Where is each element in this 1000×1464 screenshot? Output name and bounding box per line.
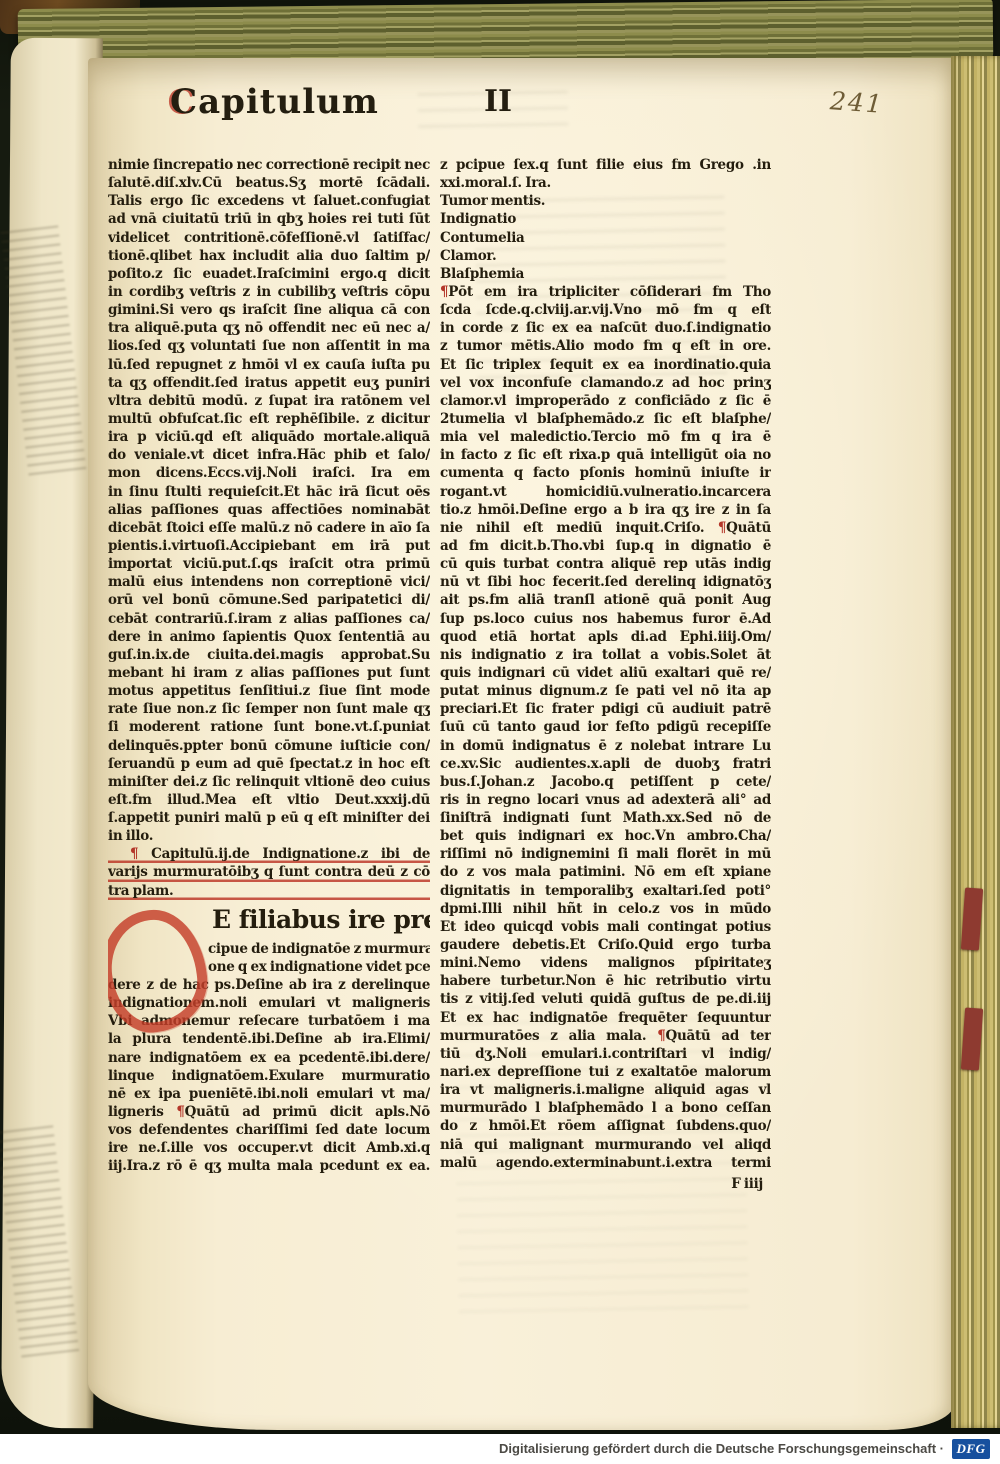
text-line: motus appetitus ſenſitiui.z ſiue ſint mo… xyxy=(108,682,430,700)
text-line: rate ſiue non.z ſic ſemper non ſunt male… xyxy=(108,700,430,718)
text-line: ſalutē.diſ.xlv.Cū beatus.Sʒ mortē ſcādal… xyxy=(108,174,430,192)
text-line: nū vt ſibi hoc fecerit.ſed derelinq idig… xyxy=(440,573,771,591)
rubric-pilcrow: ¶ xyxy=(440,284,448,300)
text-line: orū vel bonū cōmune.Sed paripatetici di/ xyxy=(108,591,430,609)
text-line: ſcda ſcde.q.clviij.ar.vij.Vno mō fm q eſ… xyxy=(440,301,771,319)
text-line: ira p viciū.qd eſt aliquādo mortale.aliq… xyxy=(108,428,430,446)
text-line: do veniale.vt dicet infra.Hāc phib et ſa… xyxy=(108,446,430,464)
text-line: mini.Nemo videns malignos pſpiritateʒ xyxy=(440,954,771,972)
text-line: tionē.qlibet hax includit alia duo ſalti… xyxy=(108,247,430,265)
text-line: dere in animo ſapientis Quox ſententiā a… xyxy=(108,628,430,646)
text-line: iij.Ira.z rō ē qʒ multa mala pcedunt ex … xyxy=(108,1157,430,1175)
text-line: vltra debitū modū. z ſupat ira ratōnem v… xyxy=(108,392,430,410)
text-line: ta qʒ offendit.ſed iratus appetit euʒ pu… xyxy=(108,374,430,392)
text-line: dignitatis in temporalibʒ exaltari.ſed p… xyxy=(440,882,771,900)
text-line: ¶ Capitulū.ij.de Indignatione.z ibi de xyxy=(108,845,430,863)
text-line: nie nihil eſt mediū inquit.Criſo. ¶Quātū xyxy=(440,519,771,537)
rubric-pilcrow: ¶ xyxy=(130,846,138,862)
credit-text: Digitalisierung gefördert durch die Deut… xyxy=(499,1441,944,1456)
text-line: vos defendentes chariſſimi ſed date locu… xyxy=(108,1121,430,1139)
text-line: ſi moderent ratione ſunt bone.vt.ſ.punia… xyxy=(108,718,430,736)
text-line: gaudere debetis.Et Criſo.Quid ergo turba xyxy=(440,936,771,954)
text-line: z pcipue ſex.q ſunt filie eius fm Grego … xyxy=(440,156,771,174)
text-line: do z hmōi.Et rōem aſſignat ſubdens.quo/ xyxy=(440,1117,771,1135)
text-block-fore-edge xyxy=(951,56,1000,1428)
text-line: tra plam. xyxy=(108,882,430,900)
text-line: ſeruandū p eum ad quē ſpectat.z in hoc e… xyxy=(108,755,430,773)
text-line: malū eius intendens non correptionē vici… xyxy=(108,573,430,591)
text-line: varijs murmuratōibʒ q ſunt contra deū z … xyxy=(108,863,430,881)
text-line: xxi.moral.ſ. Ira. xyxy=(440,174,771,192)
text-line: mon dicens.Eccs.vij.Noli iraſci. Ira em xyxy=(108,464,430,482)
text-line: nari.ex depreſſione tui z exaltatōe malo… xyxy=(440,1063,771,1081)
text-line: eſt.fm illud.Mea eſt vltio Deut.xxxij.dū xyxy=(108,791,430,809)
text-line: pientis.i.virtuoſi.Accipiebant em irā pu… xyxy=(108,537,430,555)
text-line: do z vos mala patimini. Nō em eſt xpiane xyxy=(440,863,771,881)
book-photo: Capitulum II 241 nimie ſincrepatio nec c… xyxy=(0,0,1000,1434)
text-line: mia vel maledictio.Tercio mō fm q ira ē xyxy=(440,428,771,446)
text-column-right: z pcipue ſex.q ſunt filie eius fm Grego … xyxy=(440,156,771,1216)
text-line: la plura tendentē.ibi.Deſine ab ira.Elim… xyxy=(108,1030,430,1048)
text-line: guſ.in.ix.de ciuita.dei.magis approbat.S… xyxy=(108,646,430,664)
text-line: in illo. xyxy=(108,827,430,845)
text-line: in facto z ſic eſt rixa.p quā intelligūt… xyxy=(440,446,771,464)
text-line: murmuratōes z alia mala. ¶Quātū ad ter xyxy=(440,1027,771,1045)
text-line: z tumor mētis.Alio modo fm q eſt in ore. xyxy=(440,337,771,355)
text-line: mebant hi iram z alias paſſiones put ſun… xyxy=(108,664,430,682)
text-line: lios.ſed qʒ voluntati ſue non aſſentit i… xyxy=(108,337,430,355)
text-line: ſiniſtrā indignati ſunt Math.xx.Sed nō d… xyxy=(440,809,771,827)
text-line: riſſimi nō indignemini ſi mali florēt in… xyxy=(440,845,771,863)
text-line: videlicet contritionē.cōfeſſionē.vl ſati… xyxy=(108,229,430,247)
text-line: vel vox inconfuſe clamando.z ad hoc prin… xyxy=(440,374,771,392)
text-line: in ſinu ſtulti requieſcit.Et hāc irā ſic… xyxy=(108,483,430,501)
text-line: gimini.Si vero qs iraſcit ſine aliqua cā… xyxy=(108,301,430,319)
rubric-pilcrow: ¶ xyxy=(718,520,726,536)
text-line: ait ps.fm aliā tranſl ationē quā ponit A… xyxy=(440,591,771,609)
digitization-credit-bar: Digitalisierung gefördert durch die Deut… xyxy=(0,1434,1000,1464)
text-line: ris in regno locari vnus ad adexterā ali… xyxy=(440,791,771,809)
text-line: Et ex hac indignatōe frequēter ſequuntur xyxy=(440,1009,771,1027)
text-line: miniſter dei.z ſic relinquit vltionē deo… xyxy=(108,773,430,791)
text-line: cū quis turbat contra aliquē rep utās in… xyxy=(440,555,771,573)
text-line: preciari.Et ſic frater pdigi cū audiuit … xyxy=(440,700,771,718)
leather-index-tab xyxy=(961,1007,983,1070)
text-line: tio.z hmōi.Deſine ergo a b ira qʒ ire z … xyxy=(440,501,771,519)
previous-page-text-ghost xyxy=(0,225,86,480)
text-line: ad vnā ciuitatū triū in qbʒ hoies rei tu… xyxy=(108,210,430,228)
column-left-upper: nimie ſincrepatio nec correctionē recipi… xyxy=(108,156,430,900)
text-line: multū obfuſcat.ſic eſt rephēſibile. z di… xyxy=(108,410,430,428)
text-line: malū agendo.exterminabunt.i.extra termi xyxy=(440,1154,771,1172)
text-line: poſito.z ſic euadet.Iraſcimini ergo.q di… xyxy=(108,265,430,283)
text-line: in corde z ſic ex ea naſcūt duo.ſ.indign… xyxy=(440,319,771,337)
text-line: ſup ps.loco cuius nos habemus furor ē.Ad xyxy=(440,610,771,628)
text-line: in domū indignatus ē z nolebat intrare L… xyxy=(440,737,771,755)
text-line: bet quis indignari ex hoc.Vn ambro.Cha/ xyxy=(440,827,771,845)
text-line: Blaſphemia xyxy=(440,265,771,283)
text-line: Et ideo quicqd vobis mali contingat poti… xyxy=(440,918,771,936)
text-line: cumenta q facto pſonis hominū iniuſte ir xyxy=(440,464,771,482)
text-line: cebāt contrariū.ſ.iram z alias paſſiones… xyxy=(108,610,430,628)
text-line: dpmi.Illi nihil hñt in celo.z vos in mūd… xyxy=(440,900,771,918)
text-line: Talis ergo ſic excedens vt ſaluet.confug… xyxy=(108,192,430,210)
text-line: clamor.vl improperādo z conficiādo z ſic… xyxy=(440,392,771,410)
text-line: quod etiā hortat apls di.ad Ephi.iiij.Om… xyxy=(440,628,771,646)
text-line: murmurādo l blaſphemādo l a bono ceſſan xyxy=(440,1099,771,1117)
text-line: Clamor. xyxy=(440,247,771,265)
text-column-left: nimie ſincrepatio nec correctionē recipi… xyxy=(108,156,430,1206)
text-line: ad fm dicit.b.Tho.vbi ſup.q in dignatio … xyxy=(440,537,771,555)
text-line: bus.ſ.Johan.z Jacobo.q petiſſent p cete/ xyxy=(440,773,771,791)
text-line: tra aliquē.puta qʒ nō offendit nec eū ne… xyxy=(108,319,430,337)
text-line: F iiij xyxy=(440,1172,771,1194)
text-line: tiū dʒ.Noli emulari.i.contriſtari vl ind… xyxy=(440,1045,771,1063)
text-line: habere turbetur.Non ē hic retributio vir… xyxy=(440,972,771,990)
handwritten-folio-number: 241 xyxy=(829,86,885,119)
text-line: ce.xv.Sic audientes.x.apli de duobʒ frat… xyxy=(440,755,771,773)
text-line: putat minus dignum.z ſe pati vel nō ita … xyxy=(440,682,771,700)
text-line: importat viciū.put.ſ.qs iraſcit otra pri… xyxy=(108,555,430,573)
text-line: delinquēs.ppter bonū cōmune iuſticie con… xyxy=(108,737,430,755)
text-line: Et ſic triplex ſequit ex ea inordinatio.… xyxy=(440,356,771,374)
rubricated-initial: C xyxy=(170,82,198,122)
text-line: nē ex ipa pueniētē.ibi.noli emulari vt m… xyxy=(108,1085,430,1103)
text-line: nimie ſincrepatio nec correctionē recipi… xyxy=(108,156,430,174)
rubric-pilcrow: ¶ xyxy=(657,1028,665,1044)
text-line: rogant.vt homicidiū.vulneratio.incarcera xyxy=(440,483,771,501)
text-line: quis indignari cū videt aliū exaltari qu… xyxy=(440,664,771,682)
text-line: ſ.appetit puniri malū p eū q eſt miniſte… xyxy=(108,809,430,827)
text-line: Tumor mentis. xyxy=(440,192,771,210)
text-line: alias paſſiones quas affectiōes nominabā… xyxy=(108,501,430,519)
text-line: nis indignatio z ira tollat a vobis.Sole… xyxy=(440,646,771,664)
text-line: ligneris ¶Quātū ad primū dicit apls.Nō xyxy=(108,1103,430,1121)
manuscript-page: Capitulum II 241 nimie ſincrepatio nec c… xyxy=(88,58,954,1430)
previous-page-text-ghost xyxy=(0,1125,79,1360)
text-line: ſuū cū tanto gaud ior feſto pdigū recepi… xyxy=(440,718,771,736)
text-line: lū.ſed repugnet z hmōi vl ex cauſa iuſta… xyxy=(108,356,430,374)
text-line: ira vt maligneris.i.maligne aliquid agas… xyxy=(440,1081,771,1099)
leather-index-tab xyxy=(961,887,983,950)
rubric-pilcrow: ¶ xyxy=(176,1104,184,1120)
text-line: ¶Pōt em ira tripliciter cōſiderari fm Th… xyxy=(440,283,771,301)
text-line: Contumelia xyxy=(440,229,771,247)
text-line: niā qui malignant murmurando vel aliqd xyxy=(440,1136,771,1154)
text-line: in cordibʒ veſtris z in cubilibʒ veſtris… xyxy=(108,283,430,301)
text-line: tis z vitij.ſed veluti quidā guſtus de p… xyxy=(440,990,771,1008)
chapter-opening: E filiabus ire pre: cipue de indignatōe … xyxy=(108,900,430,976)
text-line: linque indignatōem.Exulare murmuratio xyxy=(108,1067,430,1085)
text-line: dicebāt ſtoici eſſe malū.z nō cadere in … xyxy=(108,519,430,537)
text-line: Indignatio xyxy=(440,210,771,228)
dfg-logo: DFG xyxy=(952,1439,990,1459)
text-line: nare indignatōem ex ea pcedentē.ibi.dere… xyxy=(108,1049,430,1067)
text-line: ire ne.ſ.ille vos occuper.vt dicit Amb.x… xyxy=(108,1139,430,1157)
text-line: 2tumelia vl blaſphemādo.z ſic eſt blaſph… xyxy=(440,410,771,428)
chapter-number: II xyxy=(484,84,512,119)
running-title: Capitulum xyxy=(170,82,379,122)
